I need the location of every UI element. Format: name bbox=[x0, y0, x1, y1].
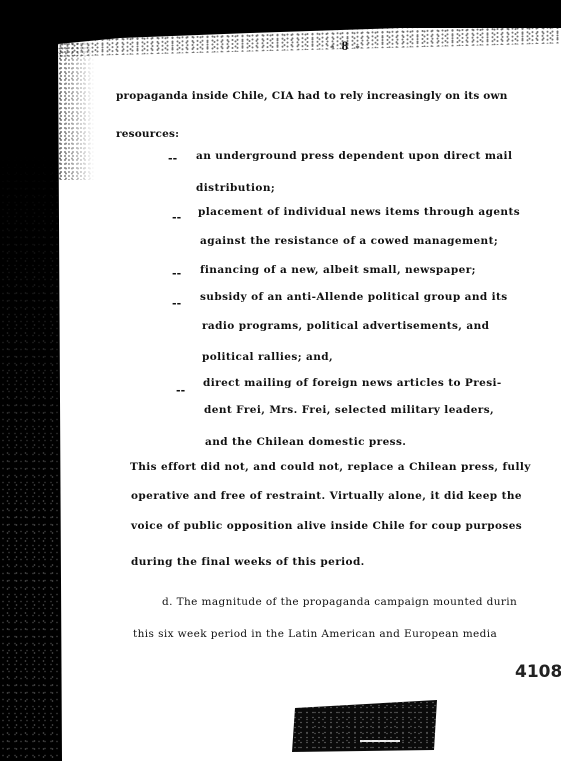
para-d-line-1: d. The magnitude of the propaganda campa… bbox=[162, 596, 517, 608]
bullet-dash-4: -- bbox=[172, 297, 181, 310]
bullet-2-line-1: placement of individual news items throu… bbox=[198, 206, 520, 218]
bullet-4-line-2: radio programs, political advertisements… bbox=[202, 320, 489, 332]
intro-line-2: resources: bbox=[116, 128, 179, 140]
para-d-line-2: this six week period in the Latin Americ… bbox=[133, 628, 497, 640]
bullet-2-line-2: against the resistance of a cowed manage… bbox=[200, 235, 498, 247]
bullet-1-line-1: an underground press dependent upon dire… bbox=[196, 150, 512, 162]
bullet-3-line-1: financing of a new, albeit small, newspa… bbox=[200, 264, 476, 276]
bullet-4-line-1: subsidy of an anti-Allende political gro… bbox=[200, 291, 508, 303]
bullet-dash-1: -- bbox=[168, 152, 177, 165]
scan-left-band bbox=[0, 150, 60, 761]
bullet-dash-3: -- bbox=[172, 267, 181, 280]
effort-line-2: operative and free of restraint. Virtual… bbox=[131, 490, 522, 502]
redaction-block bbox=[292, 700, 437, 752]
intro-line-1: propaganda inside Chile, CIA had to rely… bbox=[116, 90, 508, 102]
bullet-5-line-1: direct mailing of foreign news articles … bbox=[203, 377, 502, 389]
document-page: - 8 - propaganda inside Chile, CIA had t… bbox=[0, 0, 561, 761]
page-marker: - 8 - bbox=[330, 38, 362, 54]
scan-noise-left bbox=[55, 30, 95, 180]
bullet-5-line-2: dent Frei, Mrs. Frei, selected military … bbox=[204, 404, 494, 416]
page-number: 4108 bbox=[515, 662, 561, 682]
bullet-1-line-2: distribution; bbox=[196, 182, 275, 194]
bullet-5-line-3: and the Chilean domestic press. bbox=[205, 436, 406, 448]
bullet-dash-2: -- bbox=[172, 211, 181, 224]
effort-line-3: voice of public opposition alive inside … bbox=[131, 520, 522, 532]
bullet-dash-5: -- bbox=[176, 384, 185, 397]
effort-line-1: This effort did not, and could not, repl… bbox=[130, 461, 531, 473]
bullet-4-line-3: political rallies; and, bbox=[202, 351, 333, 363]
scan-noise-top bbox=[55, 13, 561, 56]
effort-line-4: during the final weeks of this period. bbox=[131, 556, 365, 568]
